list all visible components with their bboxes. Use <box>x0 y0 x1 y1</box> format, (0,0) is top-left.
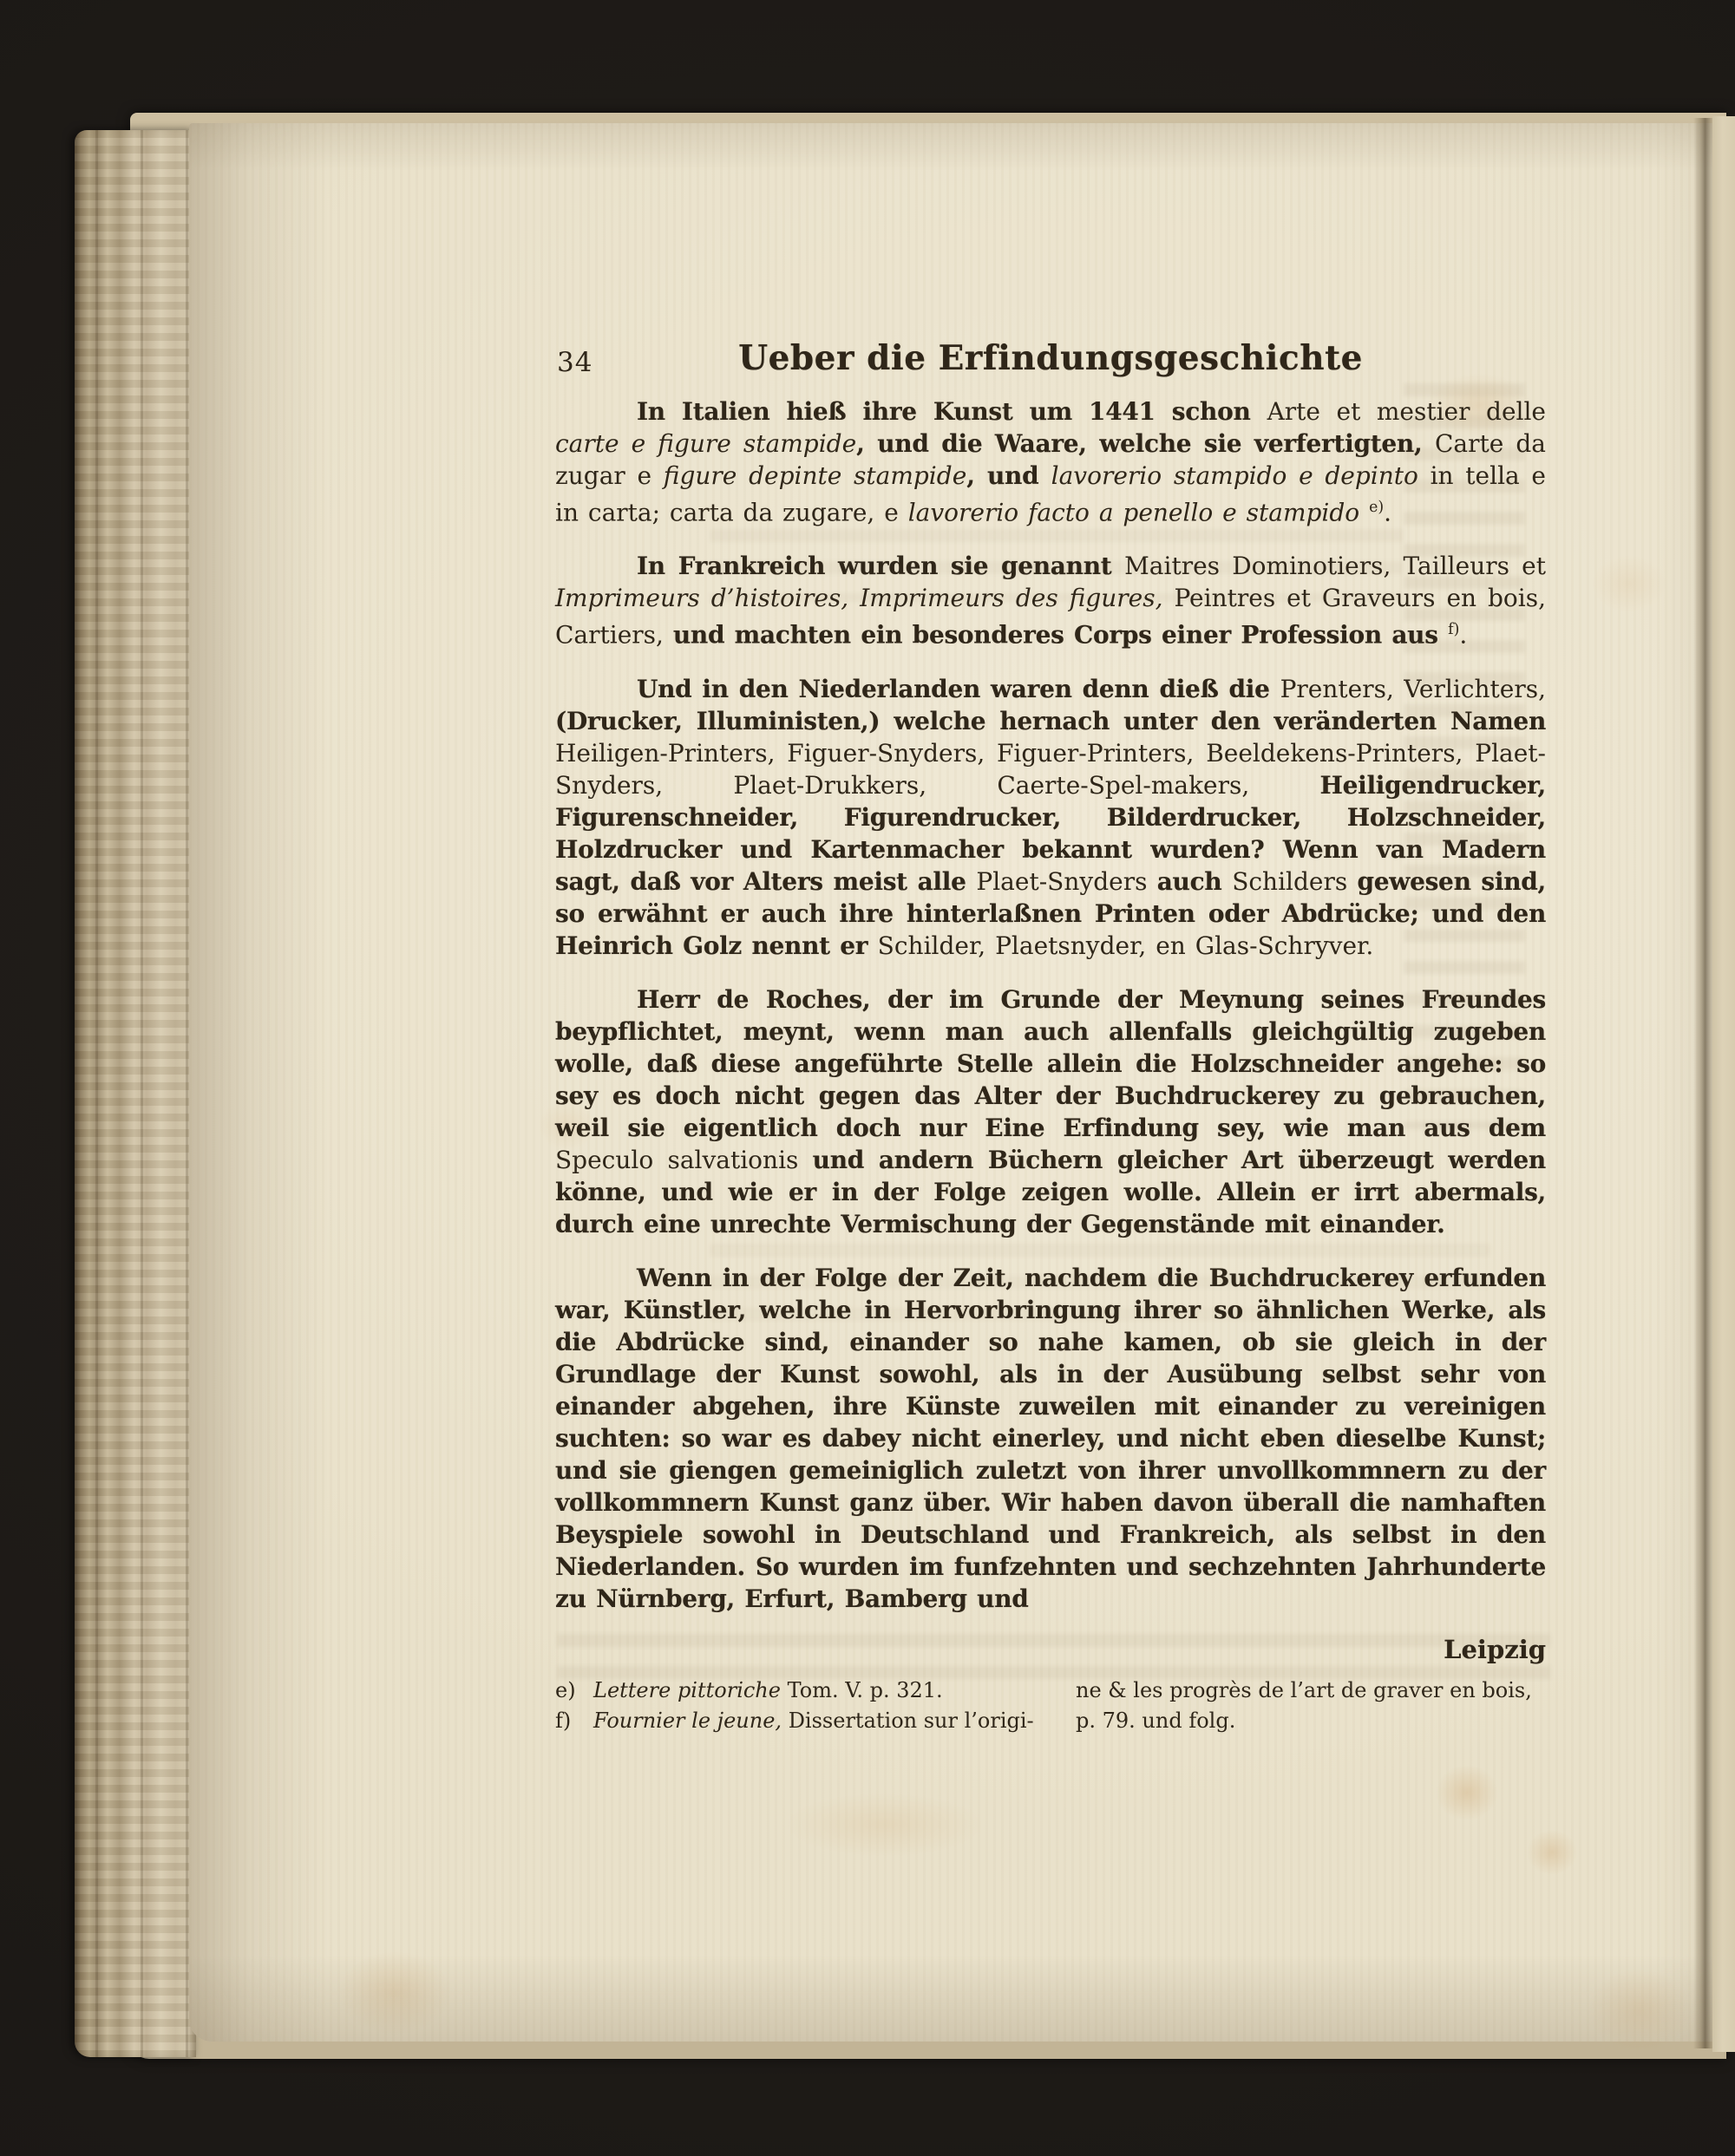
adjacent-page-edge <box>1712 116 1735 2052</box>
footnote-f: f)Fournier le jeune, Dissertation sur l’… <box>555 1706 1041 1736</box>
text-run: , und die Waare, welche sie verfertigten… <box>856 429 1435 458</box>
footnote-marker: f) <box>555 1706 593 1736</box>
text-run: Maitres Dominotiers, Tailleurs et <box>1124 552 1546 580</box>
text-run: Schilders <box>1232 867 1357 896</box>
page-number: 34 <box>557 347 593 378</box>
text-run: Plaet-Snyders <box>976 867 1156 896</box>
foxing-stain <box>1592 555 1666 612</box>
footnote-ref-f: f) <box>1448 621 1459 638</box>
footnote-column-left: e)Lettere pittoriche Tom. V. p. 321. f)F… <box>555 1676 1041 1736</box>
paragraph-france: In Frankreich wurden sie genannt Maitres… <box>555 550 1546 650</box>
paragraph-de-roches: Herr de Roches, der im Grunde der Meynun… <box>555 983 1546 1240</box>
running-title: Ueber die Erfindungsgeschichte <box>555 338 1546 378</box>
text-run: . <box>1459 621 1467 650</box>
paragraph-italy: In Italien hieß ihre Kunst um 1441 schon… <box>555 395 1546 528</box>
text-run: Schilder, Plaetsnyder, en Glas-Schryver. <box>878 931 1374 960</box>
text-run: In Frankreich wurden sie genannt <box>637 552 1124 580</box>
text-run: . <box>1384 498 1391 526</box>
text-run: Lettere pittoriche <box>593 1678 781 1702</box>
text-run: lavorerio facto a penello e stampido <box>908 498 1369 526</box>
text-run: Herr de Roches, der im Grunde der Meynun… <box>555 985 1546 1142</box>
text-run: und machten ein besonderes Corps einer P… <box>673 621 1448 650</box>
paragraph-netherlands: Und in den Niederlanden waren denn dieß … <box>555 673 1546 962</box>
footnote-continuation: ne & les progrès de l’art de graver en b… <box>1076 1676 1551 1706</box>
text-block: In Italien hieß ihre Kunst um 1441 schon… <box>555 395 1546 1664</box>
foxing-stain <box>1527 1830 1577 1875</box>
page-gutter-crease <box>1693 118 1712 2048</box>
text-run: lavorerio stampido e depinto <box>1051 461 1418 490</box>
text-run: Speculo salvationis <box>555 1146 813 1174</box>
foxing-stain <box>1588 1969 1692 2052</box>
footnote-continuation: p. 79. und folg. <box>1076 1706 1551 1736</box>
text-run: auch <box>1157 867 1233 896</box>
footnotes: e)Lettere pittoriche Tom. V. p. 321. f)F… <box>555 1676 1551 1736</box>
catchword-row: Leipzig <box>555 1635 1546 1664</box>
text-run: Arte et mestier delle <box>1267 397 1546 426</box>
text-run: , und <box>966 461 1051 490</box>
text-run: Prenters, Verlichters, <box>1280 675 1546 703</box>
text-run: (Drucker, Illuministen,) welche hernach … <box>555 707 1546 735</box>
text-run: carte e figure stampide <box>555 429 856 458</box>
text-run: figure depinte stampide <box>664 461 966 490</box>
footnote-marker: e) <box>555 1676 593 1706</box>
text-run: Imprimeurs d’histoires, Imprimeurs des f… <box>555 584 1174 612</box>
text-run: Fournier le jeune, <box>593 1708 782 1733</box>
footnote-ref-e: e) <box>1369 499 1384 516</box>
text-run: Wenn in der Folge der Zeit, nachdem die … <box>555 1264 1546 1613</box>
footnote-column-right: ne & les progrès de l’art de graver en b… <box>1076 1676 1551 1736</box>
foxing-stain <box>785 1793 985 1857</box>
footnote-e: e)Lettere pittoriche Tom. V. p. 321. <box>555 1676 1041 1706</box>
photographed-book-scene: 34 Ueber die Erfindungsgeschichte In Ita… <box>0 0 1735 2156</box>
book-page: 34 Ueber die Erfindungsgeschichte In Ita… <box>189 123 1735 2042</box>
paragraph-later-times: Wenn in der Folge der Zeit, nachdem die … <box>555 1262 1546 1615</box>
text-run: In Italien hieß ihre Kunst um 1441 schon <box>637 397 1267 426</box>
page-header: 34 Ueber die Erfindungsgeschichte <box>555 338 1546 378</box>
text-run: Und in den Niederlanden waren denn dieß … <box>637 675 1280 703</box>
catchword: Leipzig <box>1444 1635 1546 1664</box>
foxing-stain <box>338 1951 451 2035</box>
text-run: Dissertation sur l’origi- <box>782 1708 1034 1733</box>
foxing-stain <box>1436 1765 1498 1820</box>
text-run: Tom. V. p. 321. <box>781 1678 943 1702</box>
page-stack-edges <box>75 130 196 2057</box>
